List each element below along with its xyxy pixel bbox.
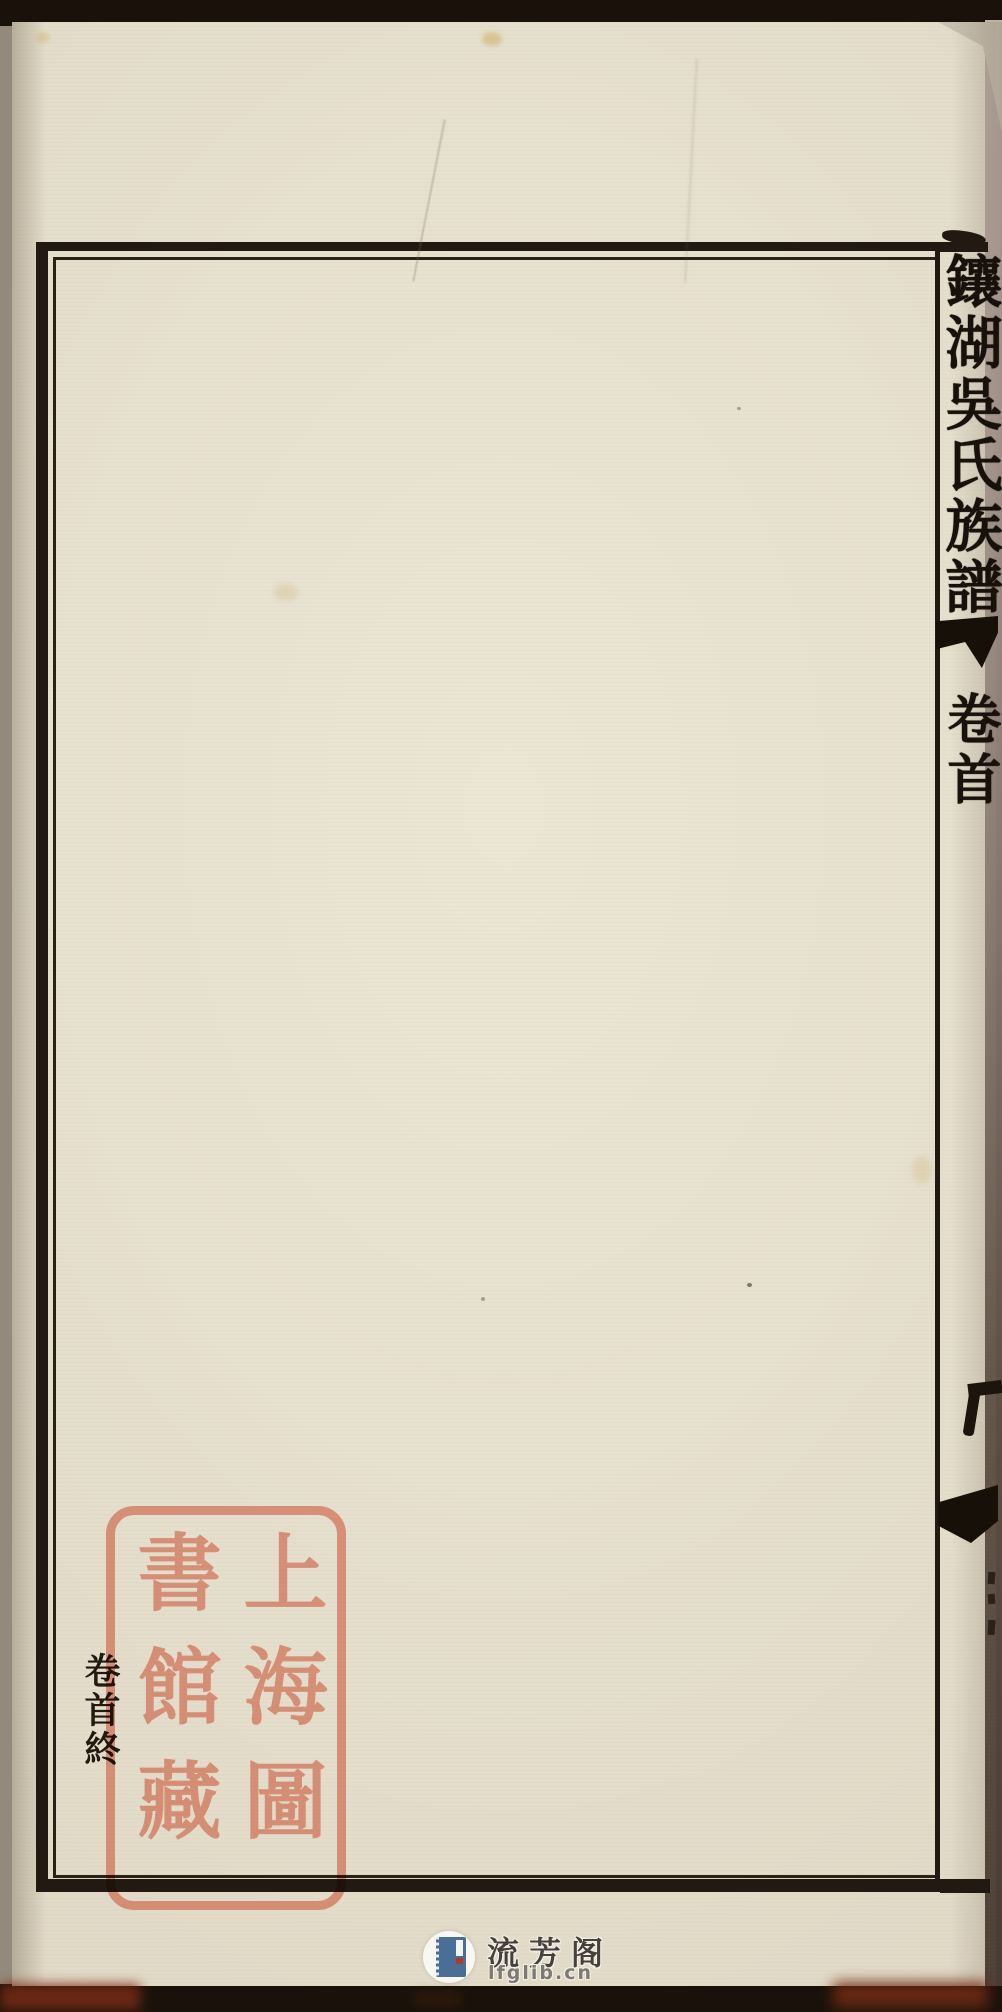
- library-seal: 上海圖 書館藏: [106, 1506, 346, 1910]
- watermark-badge: [423, 1931, 475, 1983]
- scanned-genealogy-page: 鑲湖吳氏族譜 卷首 卷首終 上海圖 書館藏 流芳阁 lfglib.cn: [0, 0, 1002, 2012]
- paper-speck: [481, 1297, 485, 1301]
- scan-edge-rust: [0, 1984, 140, 2010]
- paper-speck: [747, 1283, 752, 1287]
- seal-text-right-column: 上海圖: [237, 1529, 321, 1871]
- paper-stain: [274, 584, 298, 601]
- book-title-slip: [456, 1940, 463, 1956]
- ink-hook-stem: [963, 1390, 981, 1436]
- paper-stain: [912, 1156, 932, 1184]
- cut-character-dash: [988, 1572, 996, 1584]
- volume-label-vertical: 卷首: [944, 691, 998, 811]
- cut-character-dash: [988, 1620, 996, 1635]
- stitched-book-icon: [436, 1937, 466, 1977]
- paper-speck: [737, 407, 741, 410]
- paper-stain: [36, 32, 50, 43]
- scan-edge-rust: [833, 1982, 988, 2008]
- paper-stain: [482, 32, 502, 46]
- seal-text-left-column: 書館藏: [131, 1529, 215, 1871]
- book-title-vertical: 鑲湖吳氏族譜: [941, 252, 998, 618]
- book-seal-dot: [456, 1958, 463, 1964]
- watermark-site-url: lfglib.cn: [488, 1962, 593, 1984]
- scan-edge-rust: [415, 1992, 461, 2006]
- ink-hook-mark: [966, 1376, 1002, 1438]
- frame-bottom-line-extension: [940, 1879, 990, 1893]
- cut-character-dash: [988, 1594, 996, 1605]
